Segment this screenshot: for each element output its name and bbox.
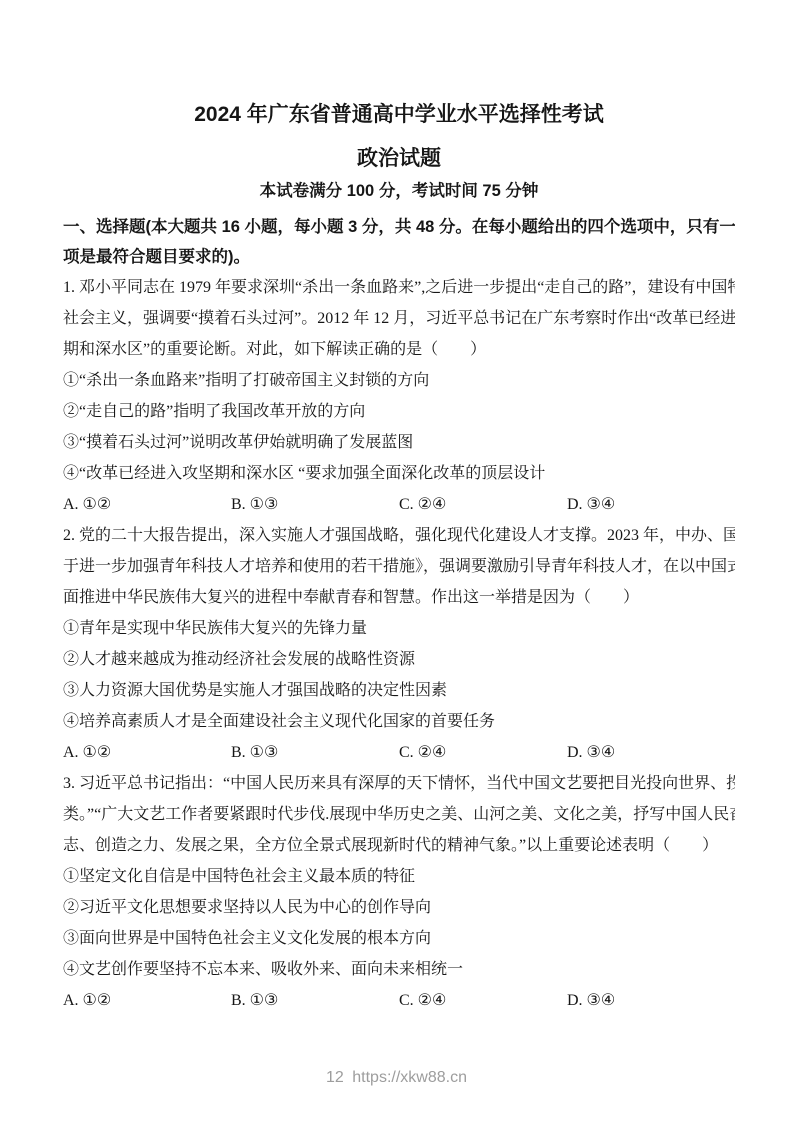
option-line-2: ②习近平文化思想要求坚持以人民为中心的创作导向 (63, 892, 735, 923)
site-url: https://xkw88.cn (352, 1069, 467, 1086)
choice-c: C. ②④ (399, 985, 567, 1016)
choice-c: C. ②④ (399, 737, 567, 768)
question-1: 1. 邓小平同志在 1979 年要求深圳“杀出一条血路来”,之后进一步提出“走自… (63, 272, 735, 520)
option-line-3: ③面向世界是中国特色社会主义文化发展的根本方向 (63, 923, 735, 954)
choice-d: D. ③④ (567, 489, 735, 520)
page-content: 2024 年广东省普通高中学业水平选择性考试 政治试题 本试卷满分 100 分，… (0, 0, 793, 1016)
section-header: 一、选择题(本大题共 16 小题，每小题 3 分，共 48 分。在每小题给出的四… (63, 212, 735, 272)
question-stem-line: 期和深水区”的重要论断。对此，如下解读正确的是（ ） (63, 334, 735, 365)
question-3: 3. 习近平总书记指出：“中国人民历来具有深厚的天下情怀，当代中国文艺要把目光投… (63, 768, 735, 1016)
page-footer: 12 https://xkw88.cn (0, 1067, 793, 1089)
section-header-line: 一、选择题(本大题共 16 小题，每小题 3 分，共 48 分。在每小题给出的四… (63, 212, 735, 242)
choice-d: D. ③④ (567, 737, 735, 768)
choice-row: A. ①② B. ①③ C. ②④ D. ③④ (63, 489, 735, 520)
choice-c: C. ②④ (399, 489, 567, 520)
question-stem-line: 类。”“广大文艺工作者要紧跟时代步伐.展现中华历史之美、山河之美、文化之美，抒写… (63, 799, 735, 830)
option-line-4: ④“改革已经进入攻坚期和深水区 “要求加强全面深化改革的顶层设计 (63, 458, 735, 489)
question-stem-line: 1. 邓小平同志在 1979 年要求深圳“杀出一条血路来”,之后进一步提出“走自… (63, 272, 735, 303)
question-stem-line: 于进一步加强青年科技人才培养和使用的若干措施》，强调要激励引导青年科技人才，在以… (63, 551, 735, 582)
question-2: 2. 党的二十大报告提出，深入实施人才强国战略，强化现代化建设人才支撑。2023… (63, 520, 735, 768)
exam-paper-page: 2024 年广东省普通高中学业水平选择性考试 政治试题 本试卷满分 100 分，… (0, 0, 793, 1122)
page-title: 2024 年广东省普通高中学业水平选择性考试 (63, 101, 735, 128)
choice-row: A. ①② B. ①③ C. ②④ D. ③④ (63, 737, 735, 768)
page-subtitle: 政治试题 (63, 145, 735, 172)
choice-d: D. ③④ (567, 985, 735, 1016)
choice-b: B. ①③ (231, 985, 399, 1016)
option-line-1: ①“杀出一条血路来”指明了打破帝国主义封锁的方向 (63, 365, 735, 396)
choice-a: A. ①② (63, 489, 231, 520)
option-line-4: ④文艺创作要坚持不忘本来、吸收外来、面向未来相统一 (63, 954, 735, 985)
option-line-1: ①坚定文化自信是中国特色社会主义最本质的特征 (63, 861, 735, 892)
option-line-2: ②人才越来越成为推动经济社会发展的战略性资源 (63, 644, 735, 675)
choice-row: A. ①② B. ①③ C. ②④ D. ③④ (63, 985, 735, 1016)
choice-a: A. ①② (63, 737, 231, 768)
question-stem-line: 面推进中华民族伟大复兴的进程中奉献青春和智慧。作出这一举措是因为（ ） (63, 582, 735, 613)
option-line-3: ③人力资源大国优势是实施人才强国战略的决定性因素 (63, 675, 735, 706)
section-header-line: 项是最符合题目要求的)。 (63, 242, 735, 272)
option-line-1: ①青年是实现中华民族伟大复兴的先锋力量 (63, 613, 735, 644)
question-stem-line: 志、创造之力、发展之果，全方位全景式展现新时代的精神气象。”以上重要论述表明（ … (63, 830, 735, 861)
exam-info: 本试卷满分 100 分，考试时间 75 分钟 (63, 180, 735, 202)
option-line-2: ②“走自己的路”指明了我国改革开放的方向 (63, 396, 735, 427)
choice-b: B. ①③ (231, 489, 399, 520)
option-line-4: ④培养高素质人才是全面建设社会主义现代化国家的首要任务 (63, 706, 735, 737)
question-stem-line: 2. 党的二十大报告提出，深入实施人才强国战略，强化现代化建设人才支撑。2023… (63, 520, 735, 551)
question-stem-line: 3. 习近平总书记指出：“中国人民历来具有深厚的天下情怀，当代中国文艺要把目光投… (63, 768, 735, 799)
option-line-3: ③“摸着石头过河”说明改革伊始就明确了发展蓝图 (63, 427, 735, 458)
page-number: 12 (326, 1069, 344, 1086)
question-stem-line: 社会主义，强调要“摸着石头过河”。2012 年 12 月，习近平总书记在广东考察… (63, 303, 735, 334)
choice-a: A. ①② (63, 985, 231, 1016)
choice-b: B. ①③ (231, 737, 399, 768)
